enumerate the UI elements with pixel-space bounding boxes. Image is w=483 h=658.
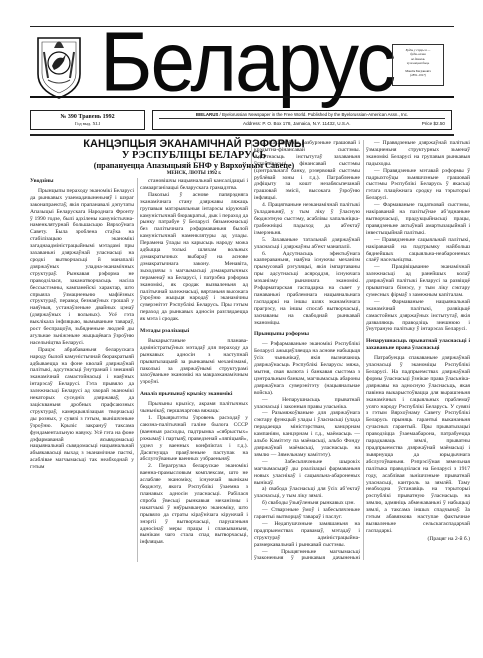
issue-info-box: № 390 Травень 1992 Год выд. XLI [30, 110, 145, 130]
paragraph: 4. Працягваньне неэканамічнай палітыкі ў… [254, 202, 360, 237]
section-heading: Уводзіны [30, 178, 134, 185]
paragraph: — Правядзеньне мэтавай рэформы ў падрыхт… [366, 168, 470, 203]
publisher-line: BIELARUS / Byelorussian Newspaper in the… [159, 111, 445, 119]
price: Price $2.50 [422, 119, 445, 129]
publisher-tagline: / Byelorussian Newspaper in the Free Wor… [218, 112, 408, 117]
coat-of-arms-icon [34, 30, 84, 100]
masthead-bottom-rule [30, 96, 454, 98]
publisher-name: BIELARUS [196, 112, 218, 117]
article-column-2: становішчы нацыянальнай кансалідацыі і с… [140, 178, 248, 562]
paragraph: — Правядзеньне сацыяльнай палітыкі, накі… [366, 237, 470, 265]
paragraph: — Забесьпячэньне шырокіх магчымасьцяў ды… [254, 459, 360, 487]
issue-number: № 390 Травень 1992 [31, 113, 144, 121]
article-column-3: 3. Паслядоўнае разбурэньне грашовай і кр… [254, 140, 360, 562]
paragraph: Працэс абрабаваньня беларускага народу б… [30, 347, 134, 471]
paragraph: — Недапушчэньне замяшаньня на прадпрыемс… [254, 521, 360, 549]
paragraph: — Фармаваньне нацыянальнай эканамічнай п… [366, 299, 470, 334]
paragraph: Выкарыстаньне планава-адміністратыўных м… [140, 338, 248, 386]
publisher-address: Address: P. O. Box 178, Jamaica, N.Y. 11… [243, 119, 351, 129]
publisher-info-box: BIELARUS / Byelorussian Newspaper in the… [152, 110, 452, 130]
column-divider [251, 140, 252, 560]
paragraph: — Рэфармаваньне эканомікі Рэспублікі Бел… [254, 341, 360, 396]
paragraph: — Стварэньне ўмоў і забесьпячэньне гаран… [254, 507, 360, 521]
paragraph: 5. Захаваньне татальнай дзяржаўнай уласн… [254, 237, 360, 251]
paragraph: Патрабуецца спакаваньне дзяржаўнай уласн… [366, 355, 470, 535]
column-divider [363, 140, 364, 560]
paragraph: а) свабода ўласнасьці для ўсіх абʼектаў … [254, 486, 360, 500]
section-heading: Прынцыпы рэформы [254, 331, 360, 338]
paragraph: 2. Перагрузка беларускае эканомікі ваенн… [140, 463, 248, 546]
paragraph: становішчы нацыянальнай кансалідацыі і с… [140, 178, 248, 192]
paragraph: — Працівіцьванне эканамічнай залежнасьці… [366, 264, 470, 299]
header-rule [30, 134, 454, 136]
paragraph: — Прыцягненьне магчымасьці ўзаконеньня ў… [254, 549, 360, 562]
paragraph: — Непарушнасьць прыватнай уласнасьці і з… [254, 397, 360, 411]
paragraph: 6. Адсутнасьць эфектыўнага каапераваньня… [254, 251, 360, 327]
paragraph: 1. Прыярытэты ўзровень расходаў у саюзна… [140, 415, 248, 463]
paragraph: Прынцыпы пераходу эканомікі Беларусі да … [30, 188, 134, 347]
issue-year: Год выд. XLI [31, 121, 144, 127]
paragraph: — Разьмяжоўваньне для дзяржаўнага сэктар… [254, 410, 360, 458]
newspaper-page: Беларус Будзь у сэрцы я — будзь вечна не… [0, 0, 483, 658]
paragraph: Паколькі ў аснове папярэдняга эканамічна… [140, 192, 248, 323]
paragraph: Прычыны крызісу, акрамя палітычных чыньн… [140, 401, 248, 415]
section-heading: Мэтады рэалізацыі [140, 328, 248, 335]
section-heading: Аналіз прычынаў крызісу эканомікі [140, 391, 248, 398]
newspaper-title: Беларус [100, 20, 394, 104]
column-divider [137, 178, 138, 562]
paragraph: 3. Паслядоўнае разбурэньне грашовай і кр… [254, 140, 360, 202]
article-column-1: Уводзіны Прынцыпы пераходу эканомікі Бел… [30, 178, 134, 562]
continued-note: (Працяг на 2-й б.) [366, 536, 470, 543]
epigraph-line: чужынцам быць [394, 61, 442, 65]
epigraph-years: (1891-1917) [394, 73, 442, 77]
paragraph: — Правядзеньне дзяржаўнай палітыкі ўзмац… [366, 140, 470, 168]
section-heading: Непарушнасьць прыватнай уласнасьці і зах… [366, 338, 470, 352]
paragraph: — Фармаваньне падатковай сыстэмы, накіра… [366, 202, 470, 237]
epigraph-box: Будзь у сэрцы я — будзь вечна не дазволь… [392, 44, 444, 86]
article-column-4: — Правядзеньне дзяржаўнай палітыкі ўзмац… [366, 140, 470, 600]
